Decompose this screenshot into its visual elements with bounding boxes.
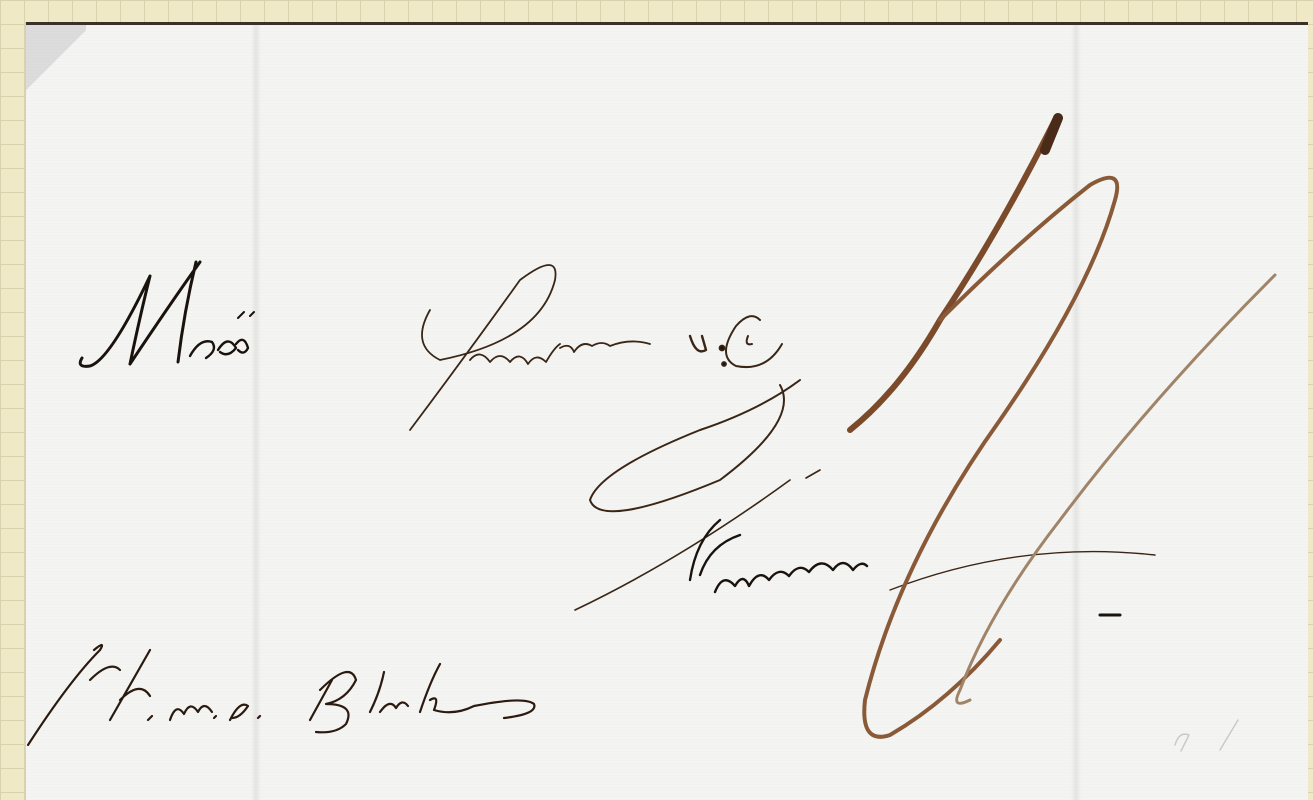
handwriting-messrs [80, 262, 254, 366]
handwriting-hms-blake [28, 645, 534, 745]
handwriting-ink [0, 0, 1313, 800]
flourish-loop [590, 380, 800, 511]
handwriting-priaulx [410, 265, 782, 430]
rate-mark-2 [850, 118, 1275, 737]
handwriting-guernsey [575, 470, 1155, 615]
pencil-note-mark [1175, 720, 1238, 751]
